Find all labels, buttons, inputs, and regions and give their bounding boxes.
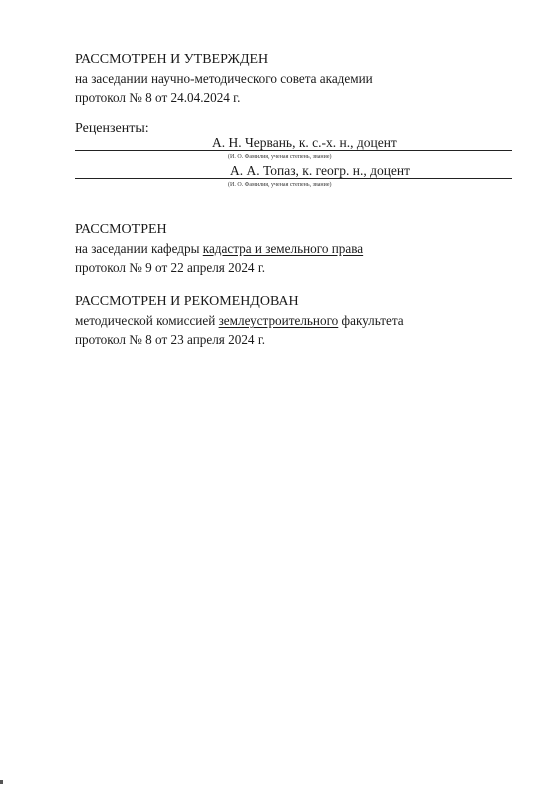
- commission-prefix: методической комиссией: [75, 313, 219, 328]
- department-name: кадастра и земельного права: [203, 241, 363, 256]
- approval-line-1: на заседании научно-методического совета…: [75, 69, 373, 88]
- reviewer-2-name: А. А. Топаз, к. геогр. н., доцент: [230, 163, 410, 179]
- approval-line-2: протокол № 8 от 24.04.2024 г.: [75, 88, 373, 107]
- faculty-name: землеустроительного: [219, 313, 339, 328]
- scan-speck: [0, 780, 3, 784]
- reviewer-2-hint: (И. О. Фамилия, ученая степень, звание): [228, 182, 332, 188]
- document-page: РАССМОТРЕН И УТВЕРЖДЕН на заседании науч…: [0, 0, 557, 787]
- reviewer-1-hint: (И. О. Фамилия, ученая степень, звание): [228, 154, 332, 160]
- reviewers-label: Рецензенты:: [75, 119, 149, 138]
- approval-block: РАССМОТРЕН И УТВЕРЖДЕН на заседании науч…: [75, 50, 373, 107]
- reviewer-1-name: А. Н. Червань, к. с.-х. н., доцент: [212, 135, 397, 151]
- commission-line-2: протокол № 8 от 23 апреля 2024 г.: [75, 330, 404, 349]
- commission-line-1: методической комиссией землеустроительно…: [75, 311, 404, 330]
- commission-block: РАССМОТРЕН И РЕКОМЕНДОВАН методической к…: [75, 292, 404, 349]
- department-line-2: протокол № 9 от 22 апреля 2024 г.: [75, 258, 363, 277]
- approval-heading: РАССМОТРЕН И УТВЕРЖДЕН: [75, 50, 373, 69]
- department-prefix: на заседании кафедры: [75, 241, 203, 256]
- department-heading: РАССМОТРЕН: [75, 220, 363, 239]
- commission-suffix: факультета: [338, 313, 403, 328]
- commission-heading: РАССМОТРЕН И РЕКОМЕНДОВАН: [75, 292, 404, 311]
- department-block: РАССМОТРЕН на заседании кафедры кадастра…: [75, 220, 363, 277]
- department-line-1: на заседании кафедры кадастра и земельно…: [75, 239, 363, 258]
